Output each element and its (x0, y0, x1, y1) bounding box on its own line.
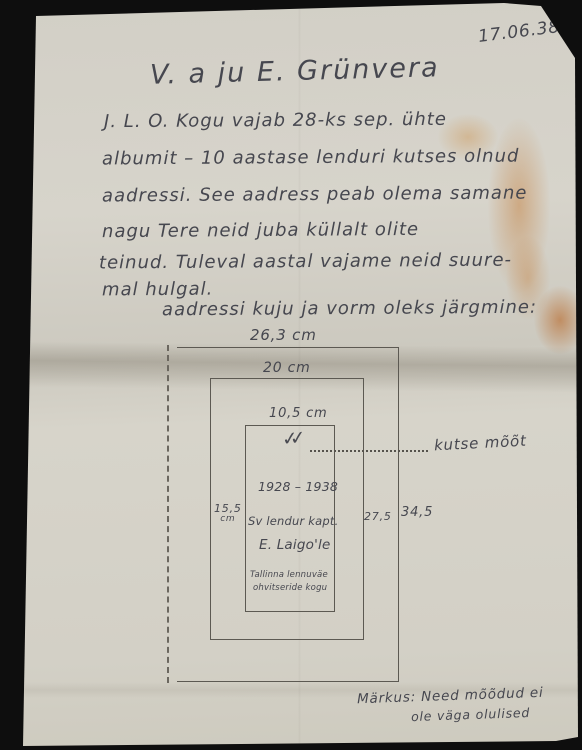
body-line: albumit – 10 aastase lenduri kutses olnu… (102, 146, 520, 170)
card-height-unit: cm (214, 514, 242, 525)
card-width-label: 10,5 cm (269, 406, 328, 421)
body-line: aadressi kuju ja vorm oleks järgmine: (162, 297, 537, 321)
body-line: aadressi. See aadress peab olema samane (102, 183, 528, 207)
card-height-label: 15,5 cm (214, 503, 242, 525)
salutation: V. a ju E. Grünvera (150, 52, 440, 91)
body-line: nagu Tere neid juba küllalt olite (102, 219, 419, 242)
middle-width-label: 20 cm (263, 360, 311, 376)
middle-height-label: 27,5 (364, 510, 392, 523)
footnote-line2: ole väga olulised (411, 705, 531, 724)
photo-of-letter: 17.06.38 V. a ju E. Grünvera J. L. O. Ko… (0, 0, 582, 750)
card-issuer-line1: Tallinna lennuväe (250, 570, 328, 580)
body-line: mal hulgal. (102, 279, 213, 301)
dotted-leader-line (310, 438, 428, 452)
outer-height-label: 34,5 (401, 505, 433, 520)
body-line: teinud. Tuleval aastal vajame neid suure… (99, 250, 512, 274)
paper-sheet: 17.06.38 V. a ju E. Grünvera J. L. O. Ko… (0, 0, 582, 750)
card-years: 1928 – 1938 (258, 479, 338, 494)
card-dedication-line2: E. Laigo'le (259, 537, 330, 553)
date: 17.06.38 (477, 17, 561, 47)
album-spine-dashed-line (167, 345, 172, 683)
leader-label: kutse mõõt (434, 432, 528, 455)
card-dedication-line1: Sv lendur kapt. (248, 514, 338, 528)
bird-checkmark-icon: ✓✓ (281, 427, 299, 451)
card-issuer-line2: ohvitseride kogu (253, 583, 327, 593)
outer-width-label: 26,3 cm (250, 326, 317, 344)
body-line: J. L. O. Kogu vajab 28-ks sep. ühte (104, 109, 447, 132)
